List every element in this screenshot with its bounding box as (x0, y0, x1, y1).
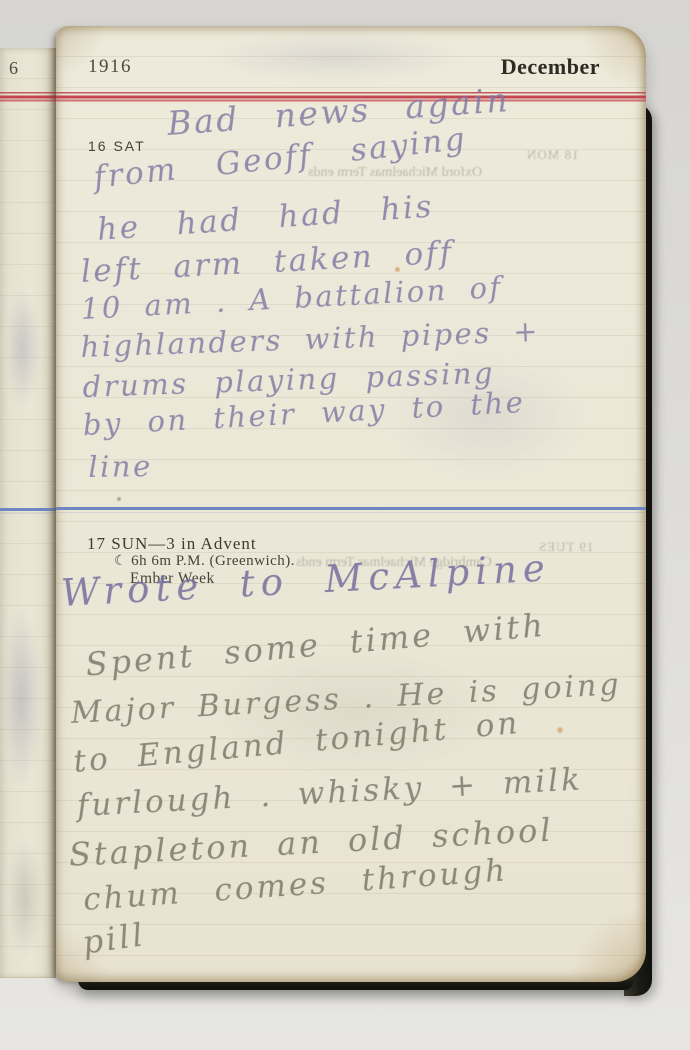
foxing-spot (116, 496, 122, 502)
blue-rule (56, 507, 646, 510)
bleedthrough-smudge (206, 34, 466, 80)
previous-page-year-fragment: 6 (9, 58, 19, 79)
handwriting-pencil-line: pill (80, 915, 148, 961)
last-quarter-moon-icon: ☾ (114, 554, 127, 569)
red-rule-fragment (0, 92, 56, 102)
page-month: December (501, 54, 600, 80)
foxing-spot (556, 726, 564, 734)
bleedthrough-text: 18 MON (526, 147, 579, 163)
blue-rule-fragment (0, 508, 56, 511)
handwriting-smudge (2, 608, 42, 788)
handwriting-line: line (88, 449, 153, 484)
diary-page: 1916 December 18 MON Oxford Michaelmas T… (56, 26, 646, 982)
page-year: 1916 (88, 56, 132, 78)
handwriting-smudge (6, 288, 40, 408)
day-label-16-sat: 16 SAT (88, 138, 146, 154)
previous-page-edge: 6 (0, 48, 56, 978)
day-label-17-sun: 17 SUN—3 in Advent (87, 534, 257, 554)
handwriting-smudge (8, 838, 42, 958)
